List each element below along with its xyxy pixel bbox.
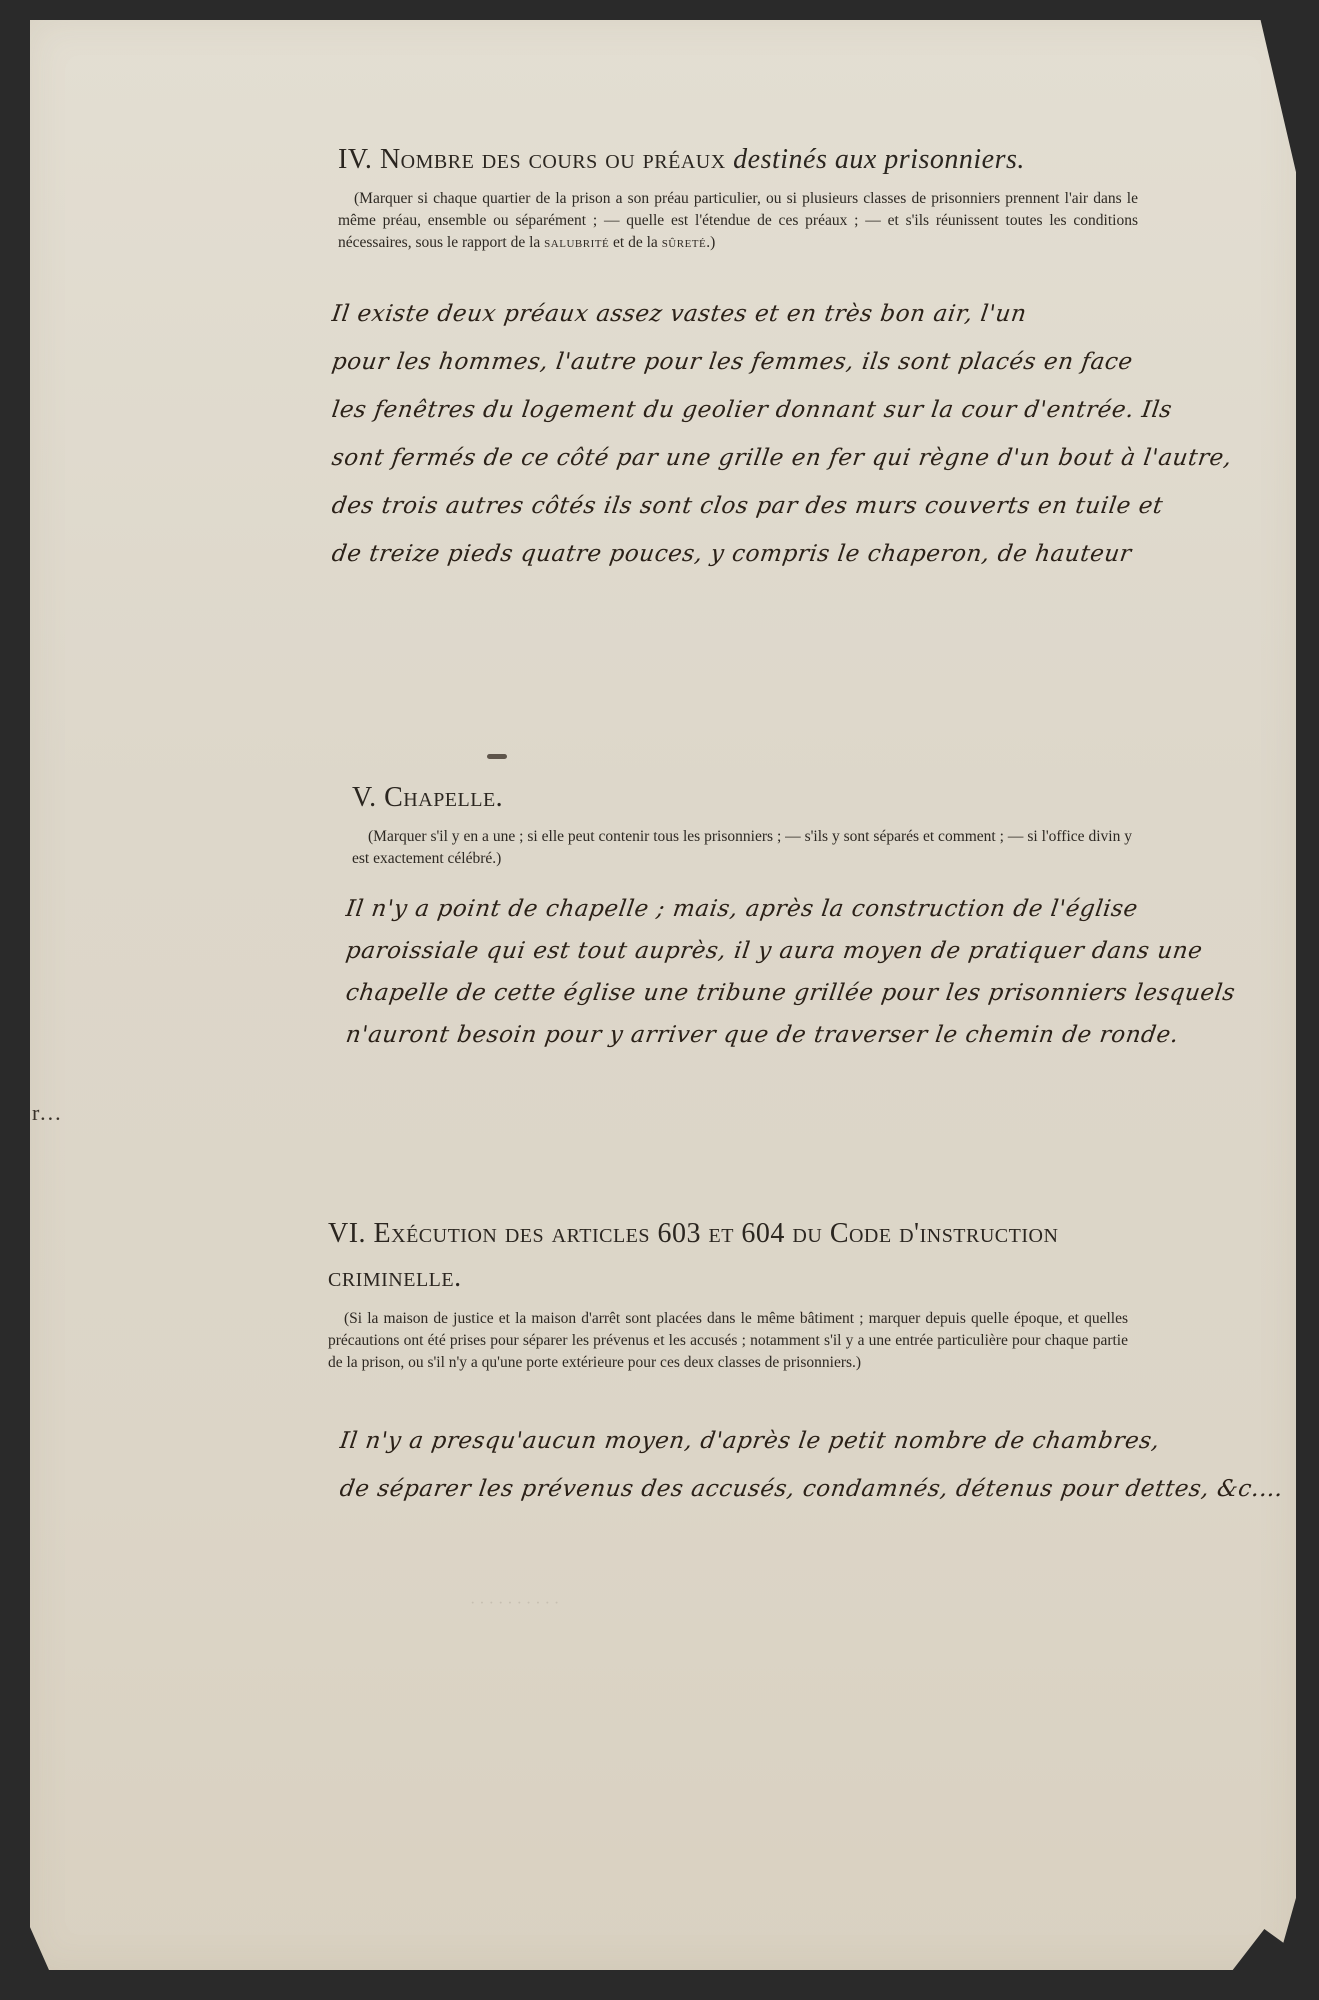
section-instructions: (Marquer s'il y en a une ; si elle peut … xyxy=(352,826,1132,870)
handwritten-line: Il existe deux préaux assez vastes et en… xyxy=(329,290,1296,338)
section-iv: IV. Nombre des cours ou préaux destinés … xyxy=(338,140,1138,254)
instructions-text: et de la xyxy=(609,234,662,251)
section-iv-heading: IV. Nombre des cours ou préaux destinés … xyxy=(338,140,1138,180)
section-v: V. Chapelle. (Marquer s'il y en a une ; … xyxy=(352,778,1132,870)
handwritten-line: de treize pieds quatre pouces, y compris… xyxy=(329,530,1296,578)
section-instructions: (Si la maison de justice et la maison d'… xyxy=(328,1308,1128,1374)
handwritten-answer: Il n'y a point de chapelle ; mais, après… xyxy=(346,888,1286,1056)
section-instructions: (Marquer si chaque quartier de la prison… xyxy=(338,188,1138,254)
handwritten-line: des trois autres côtés ils sont clos par… xyxy=(329,482,1296,530)
handwritten-line: Il n'y a point de chapelle ; mais, après… xyxy=(343,888,1289,930)
handwritten-line: n'auront besoin pour y arriver que de tr… xyxy=(343,1014,1289,1056)
instructions-emphasis: sûreté xyxy=(662,234,707,251)
handwritten-line: Il n'y a presqu'aucun moyen, d'après le … xyxy=(337,1417,1294,1465)
section-title: Nombre des cours ou préaux xyxy=(380,144,726,175)
handwritten-line: pour les hommes, l'autre pour les femmes… xyxy=(329,338,1296,386)
instructions-emphasis: salubrité xyxy=(544,234,609,251)
ink-dash-mark xyxy=(487,754,507,759)
section-number: VI. xyxy=(328,1218,366,1249)
handwritten-line: les fenêtres du logement du geolier donn… xyxy=(329,386,1296,434)
section-vi: VI. Exécution des articles 603 et 604 du… xyxy=(328,1212,1128,1374)
section-title: Exécution des articles 603 et 604 du Cod… xyxy=(328,1218,1058,1293)
handwritten-line: de séparer les prévenus des accusés, con… xyxy=(337,1465,1294,1513)
bleed-through-text: · · · · · · · · · · xyxy=(470,1595,559,1613)
section-title: Chapelle. xyxy=(384,782,503,813)
section-v-heading: V. Chapelle. xyxy=(352,778,1132,818)
section-title-italic: destinés aux prisonniers. xyxy=(733,144,1025,175)
margin-ink-mark: r... xyxy=(32,1100,63,1126)
section-number: IV. xyxy=(338,144,372,175)
handwritten-line: paroissiale qui est tout auprès, il y au… xyxy=(343,930,1289,972)
section-number: V. xyxy=(352,782,377,813)
handwritten-answer: Il existe deux préaux assez vastes et en… xyxy=(332,290,1292,578)
section-vi-heading: VI. Exécution des articles 603 et 604 du… xyxy=(328,1212,1128,1300)
instructions-text: .) xyxy=(706,234,715,251)
instructions-text: (Marquer si chaque quartier de la prison… xyxy=(338,190,1138,251)
handwritten-answer: Il n'y a presqu'aucun moyen, d'après le … xyxy=(340,1417,1290,1513)
handwritten-line: chapelle de cette église une tribune gri… xyxy=(343,972,1289,1014)
handwritten-line: sont fermés de ce côté par une grille en… xyxy=(329,434,1296,482)
